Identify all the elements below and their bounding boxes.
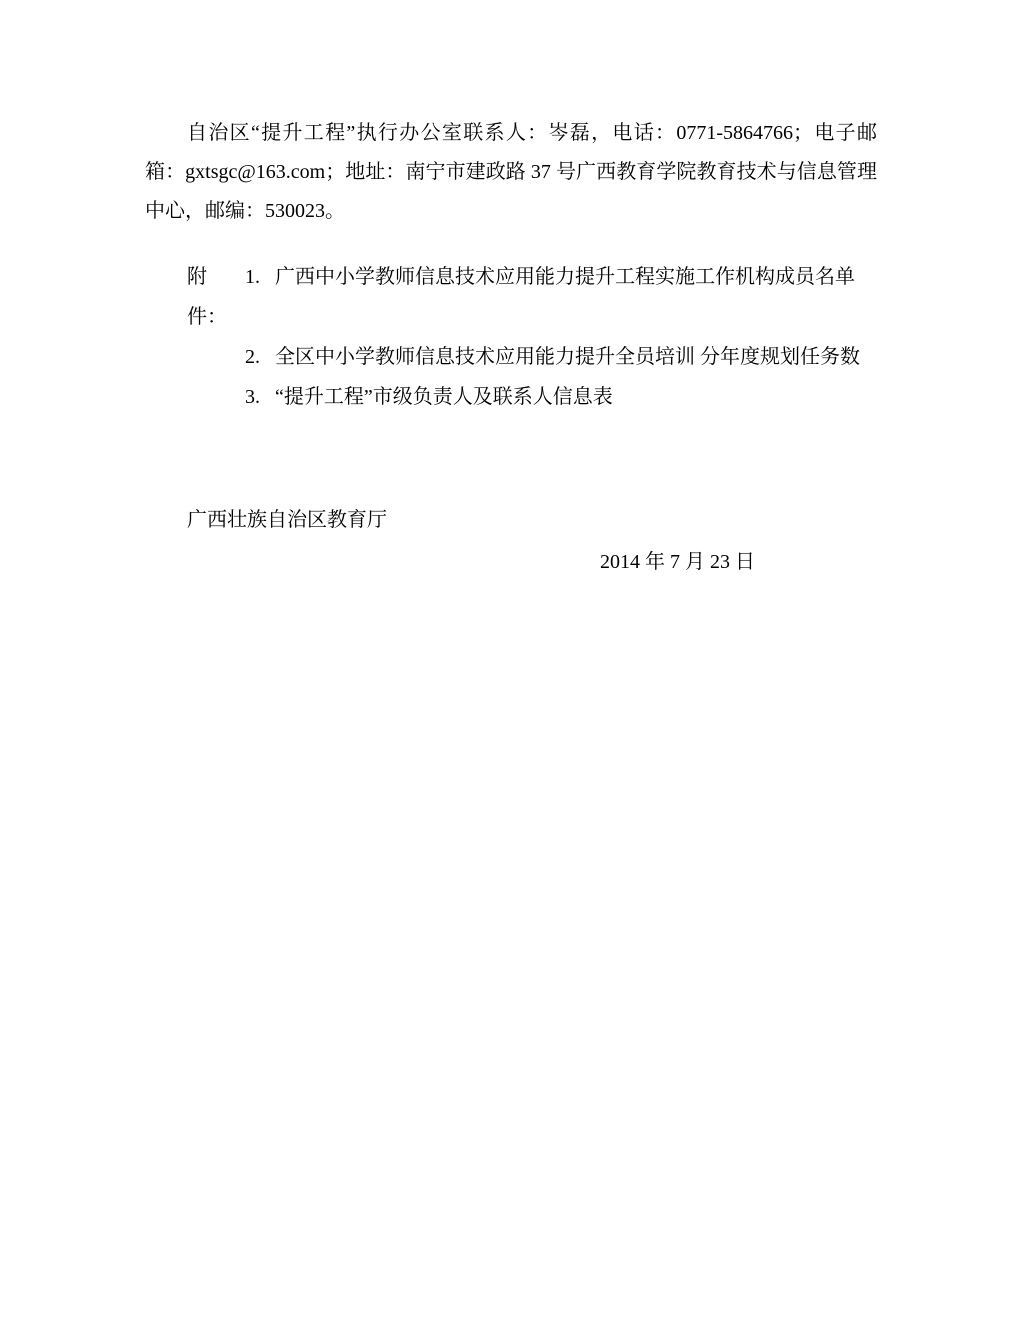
attachment-title-1: 广西中小学教师信息技术应用能力提升工程实施工作机构成员名单 bbox=[275, 257, 855, 297]
attachment-number-3: 3. bbox=[245, 377, 275, 417]
attachment-title-2: 全区中小学教师信息技术应用能力提升全员培训 分年度规划任务数 bbox=[275, 337, 860, 377]
contact-paragraph: 自治区“提升工程”执行办公室联系人：岑磊，电话：0771-5864766；电子邮… bbox=[145, 114, 877, 231]
attachment-item-1: 附件： 1. 广西中小学教师信息技术应用能力提升工程实施工作机构成员名单 bbox=[187, 257, 860, 337]
attachments-label: 附件： bbox=[187, 257, 245, 337]
attachment-item-3: 3. “提升工程”市级负责人及联系人信息表 bbox=[187, 377, 860, 417]
attachment-number-1: 1. bbox=[245, 257, 275, 297]
issue-date: 2014 年 7 月 23 日 bbox=[600, 543, 755, 582]
attachment-number-2: 2. bbox=[245, 337, 275, 377]
attachment-item-2: 2. 全区中小学教师信息技术应用能力提升全员培训 分年度规划任务数 bbox=[187, 337, 860, 377]
attachment-title-3: “提升工程”市级负责人及联系人信息表 bbox=[275, 377, 613, 417]
attachments-block: 附件： 1. 广西中小学教师信息技术应用能力提升工程实施工作机构成员名单 2. … bbox=[187, 257, 860, 417]
document-page: 自治区“提升工程”执行办公室联系人：岑磊，电话：0771-5864766；电子邮… bbox=[0, 0, 1020, 1320]
issuer-name: 广西壮族自治区教育厅 bbox=[187, 501, 387, 540]
